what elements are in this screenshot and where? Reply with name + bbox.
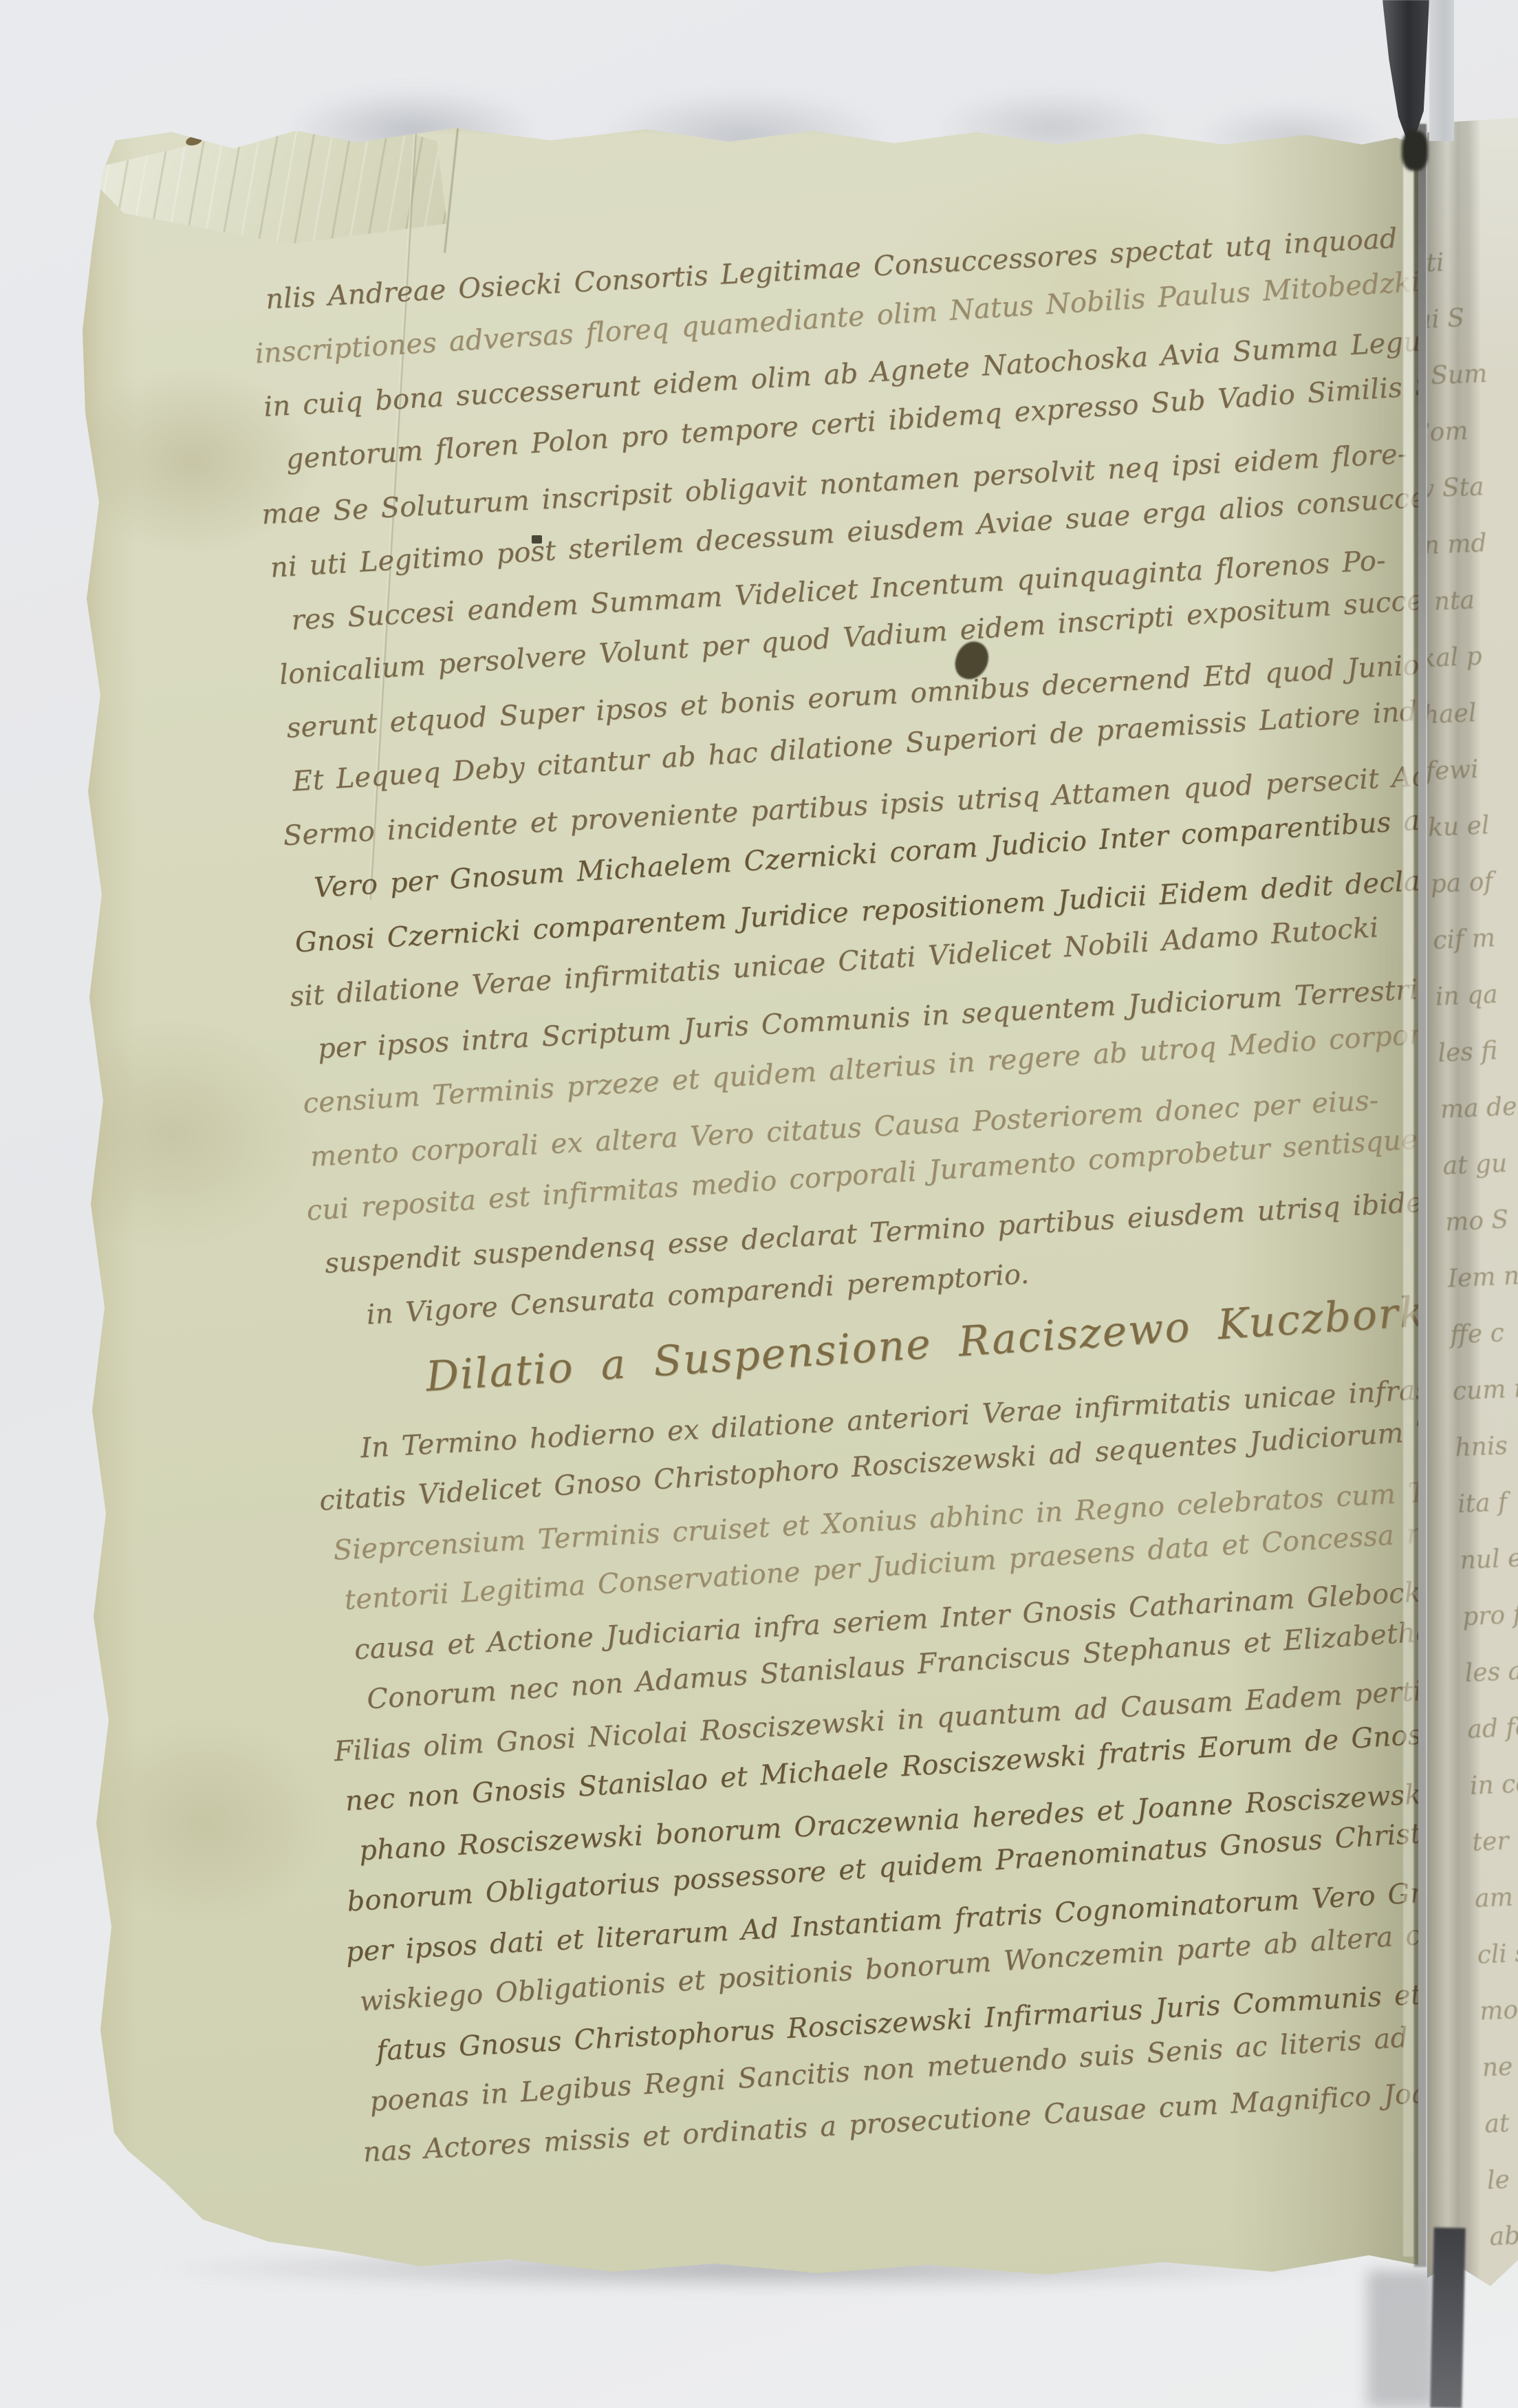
gutter-lower-seam [1430, 2228, 1465, 2408]
facing-page-shadow [1427, 114, 1518, 2291]
book-gutter [1414, 124, 1427, 2267]
paragraph-second: In Termino hodierno ex dilatione anterio… [315, 1357, 1518, 2178]
ink-dot [532, 535, 542, 544]
facing-page-edge: lati Iui S e Sum Com w Sta in md l nta k… [1427, 114, 1518, 2291]
paragraph-first: nlis Andreae Osiecki Consortis Legitimae… [248, 204, 1498, 1345]
left-page: nlis Andreae Osiecki Consortis Legitimae… [62, 103, 1418, 2284]
page-weight-rod-tip [1402, 131, 1428, 171]
manuscript-photo: nlis Andreae Osiecki Consortis Legitimae… [0, 0, 1518, 2408]
handwriting-column: nlis Andreae Osiecki Consortis Legitimae… [248, 204, 1518, 2178]
gutter-highlight-bar [1429, 0, 1454, 141]
gutter-highlight [1403, 131, 1413, 2257]
gutter-lower-shadow [1367, 2270, 1436, 2408]
paper-crease [444, 122, 459, 252]
